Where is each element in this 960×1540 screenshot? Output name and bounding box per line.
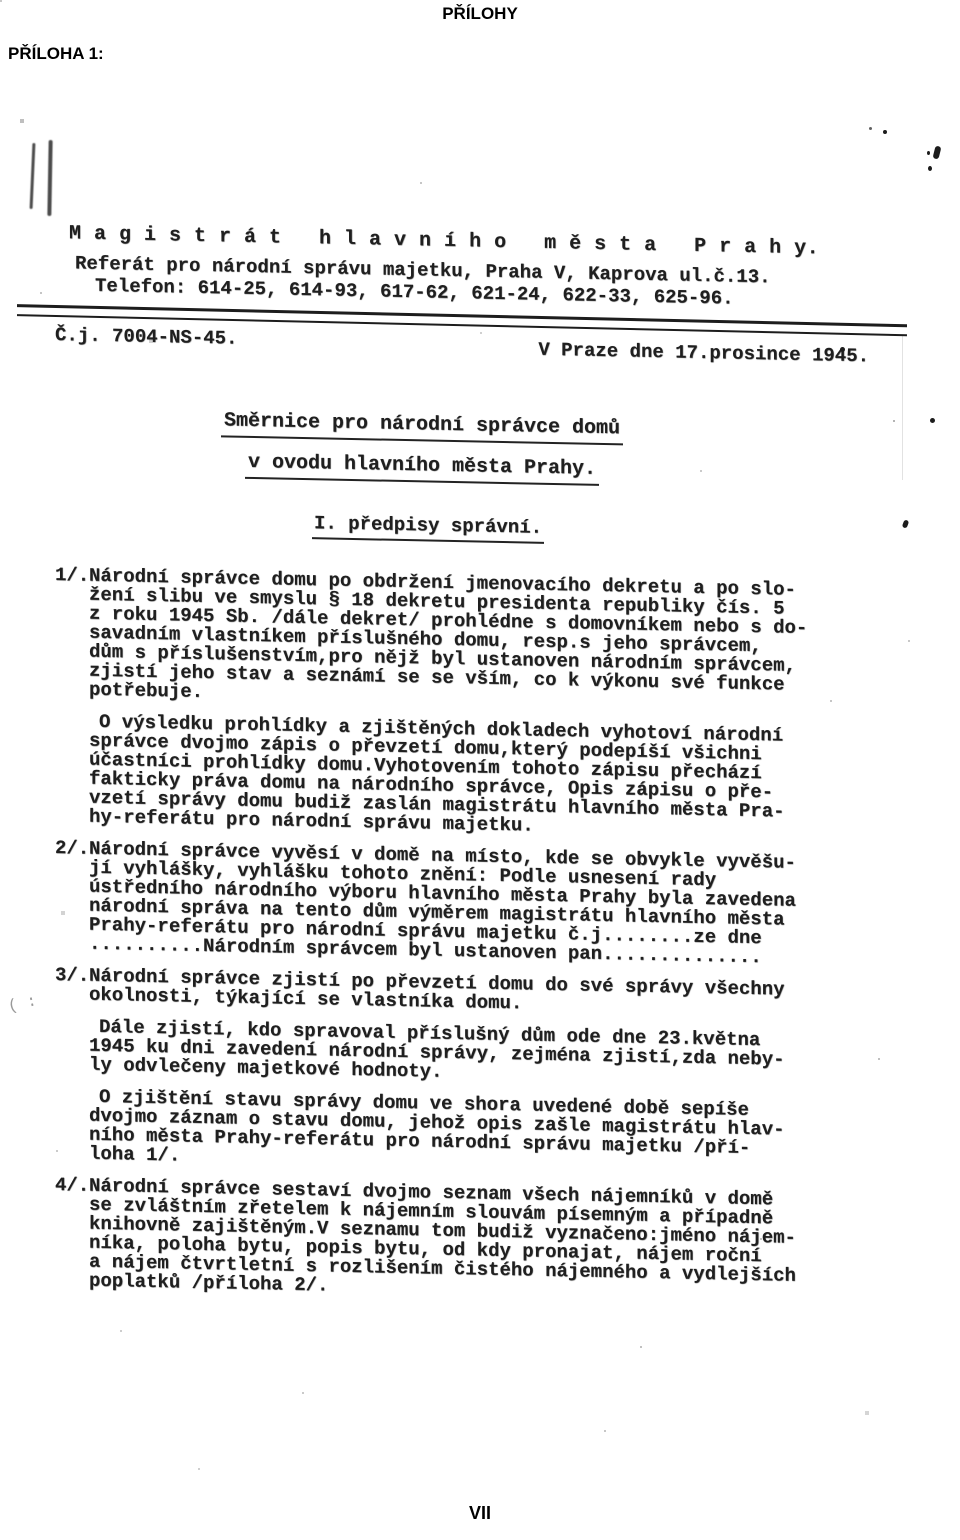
paragraph: 3/.Národní správce zjistí po převzetí do… bbox=[55, 966, 905, 1021]
paragraph: 2/.Národní správce vyvěsí v domě na míst… bbox=[55, 839, 905, 970]
place-and-date: V Praze dne 17.prosince 1945. bbox=[538, 339, 869, 368]
paragraph: 1/.Národní správce domu po obdržení jmen… bbox=[55, 566, 905, 716]
paragraph-number: 4/. bbox=[55, 1176, 89, 1196]
reference-number: Č.j. 7004-NS-45. bbox=[55, 324, 237, 350]
paragraph-number: 2/. bbox=[55, 839, 89, 859]
paragraph-number: 1/. bbox=[55, 566, 89, 586]
ink-blot bbox=[930, 418, 935, 423]
pen-stroke-artifact bbox=[30, 143, 36, 209]
paragraph: Dále zjistí, kdo spravoval příslušný dům… bbox=[55, 1017, 905, 1091]
scan-noise-specks bbox=[0, 0, 2, 2]
document-title-line2: v ovodu hlavního města Prahy. bbox=[245, 451, 599, 486]
paragraph: O zjištění stavu správy domu ve shora uv… bbox=[55, 1087, 905, 1180]
handwritten-margin-mark: ( : bbox=[6, 992, 38, 1016]
ink-blot bbox=[927, 151, 930, 155]
ink-blot bbox=[928, 166, 932, 171]
page: { "page": { "header_title": "PŘÍLOHY", "… bbox=[0, 0, 960, 1540]
pen-stroke-artifact bbox=[47, 140, 52, 216]
ink-blot bbox=[933, 145, 942, 159]
section-heading: I. předpisy správní. bbox=[3, 506, 853, 546]
page-number: VII bbox=[0, 1503, 960, 1524]
scanned-document: M a g i s t r á t h l a v n í h o m ě s … bbox=[55, 222, 905, 1307]
ink-blot bbox=[869, 127, 872, 130]
page-title: PŘÍLOHY bbox=[0, 4, 960, 24]
document-title: Směrnice pro národní správce domů v ovod… bbox=[0, 405, 847, 487]
ink-blot bbox=[883, 130, 887, 134]
document-paragraphs: 1/.Národní správce domu po obdržení jmen… bbox=[55, 566, 905, 1307]
document-title-line1: Směrnice pro národní správce domů bbox=[221, 409, 623, 445]
paragraph-number: 3/. bbox=[55, 966, 89, 986]
paragraph: 4/.Národní správce sestaví dvojmo seznam… bbox=[55, 1176, 905, 1307]
attachment-label: PŘÍLOHA 1: bbox=[8, 44, 104, 64]
paragraph: O výsledku prohlídky a zjištěných doklad… bbox=[55, 712, 905, 843]
